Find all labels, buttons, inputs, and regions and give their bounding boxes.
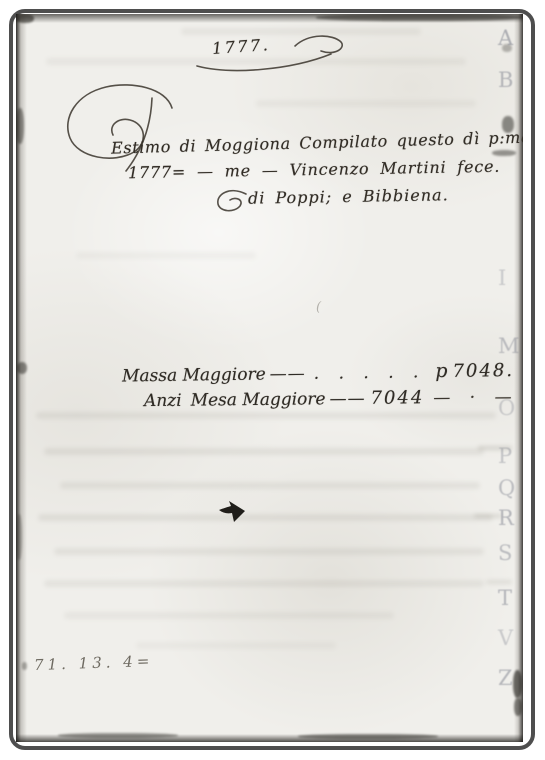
ink-smudge (514, 698, 522, 716)
margin-index-letter: T (498, 586, 512, 610)
ink-smudge (298, 734, 438, 739)
margin-index-letter: R (498, 506, 514, 530)
entry-prefix: Anzi (144, 391, 182, 411)
footer-sum-note: 71. 13. 4= (34, 652, 154, 674)
ledger-entry-massa-maggiore: Massa Maggiore——. . . . .p7048.— — — (122, 358, 523, 387)
entry-label: Massa Maggiore (122, 364, 266, 386)
ink-smudge (513, 670, 522, 698)
margin-index-letter: P (498, 444, 512, 468)
ink-smudge (58, 733, 178, 738)
ghost-writing-line (256, 100, 476, 107)
ink-smudge (16, 108, 24, 144)
entry-label: Mesa Maggiore (191, 389, 326, 410)
entry-value: 7044 (370, 387, 424, 409)
ink-smudge (492, 150, 516, 156)
manuscript-page: ABIMOPQRSTVZ 1777. Estimo di Moggiona Co… (16, 14, 523, 742)
margin-index-letter: B (498, 68, 513, 92)
paragraph-flourish-icon (212, 186, 252, 214)
margin-index-letter: S (498, 541, 512, 565)
margin-index-letter: V (498, 626, 513, 650)
entry-dash: —— (270, 364, 306, 385)
margin-index-letter: A (498, 26, 513, 50)
entry-dot-leader: . . . . . (314, 362, 426, 384)
entry-dash: —— (329, 389, 365, 409)
ghost-writing-line (64, 612, 394, 619)
arrow-ink-blot-icon (218, 500, 248, 526)
margin-index-letter: Q (498, 476, 515, 500)
ghost-writing-line (60, 482, 480, 489)
ghost-writing-line (44, 580, 484, 587)
ink-smudge (316, 14, 523, 21)
ghost-writing-line (38, 514, 493, 521)
ghost-writing-line (44, 448, 484, 455)
margin-index-letter: M (498, 334, 520, 358)
entry-unit: p (435, 360, 447, 382)
year-heading: 1777. (211, 35, 270, 58)
entry-trail-dashes: — · — — (433, 387, 523, 408)
ghost-writing-line (36, 412, 496, 419)
ink-smudge (16, 14, 34, 23)
margin-index-letter: Z (498, 666, 513, 690)
manuscript-scan-screenshot: ABIMOPQRSTVZ 1777. Estimo di Moggiona Co… (0, 0, 545, 760)
initial-capital-flourish-icon (56, 80, 184, 174)
ledger-entry-anzi-mesa-maggiore: AnziMesa Maggiore——7044— · — — (144, 386, 523, 411)
title-line-3: di Poppi; e Bibbiena. (248, 185, 449, 207)
ink-smudge (16, 514, 22, 560)
ink-smudge (22, 662, 27, 670)
ghost-writing-line (136, 642, 336, 649)
ghost-writing-line (486, 580, 512, 584)
ink-smudge (17, 362, 27, 374)
ghost-writing-line (54, 548, 484, 555)
ghost-writing-line (76, 252, 256, 259)
entry-value: 7048. (452, 360, 514, 382)
margin-index-letter: I (498, 266, 506, 290)
stray-pen-mark: ( (316, 300, 321, 315)
